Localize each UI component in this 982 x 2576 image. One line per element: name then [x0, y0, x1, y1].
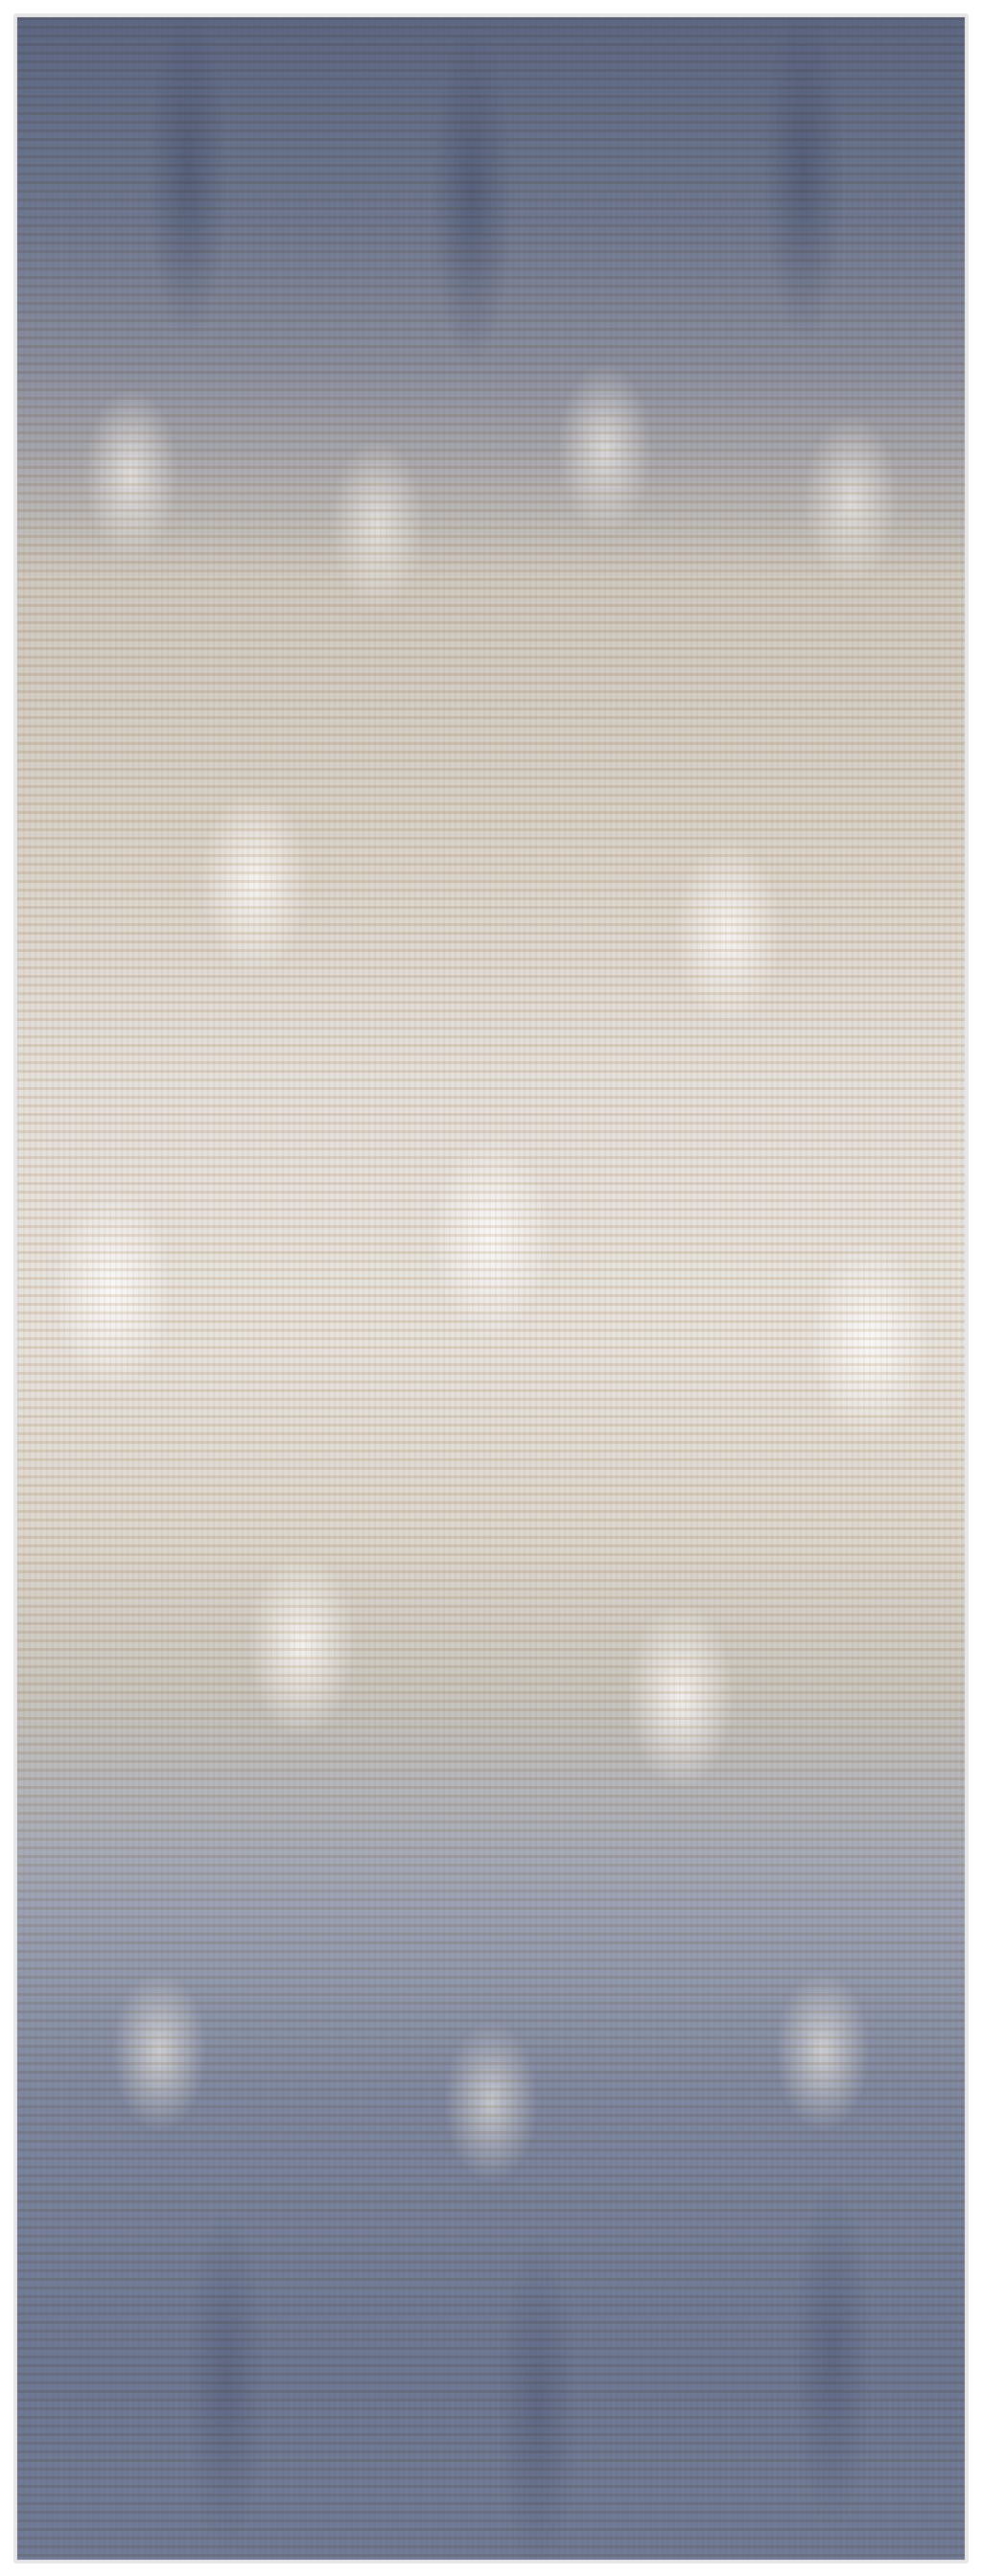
pile-texture: [17, 17, 965, 2560]
runner-rug: [13, 13, 969, 2564]
